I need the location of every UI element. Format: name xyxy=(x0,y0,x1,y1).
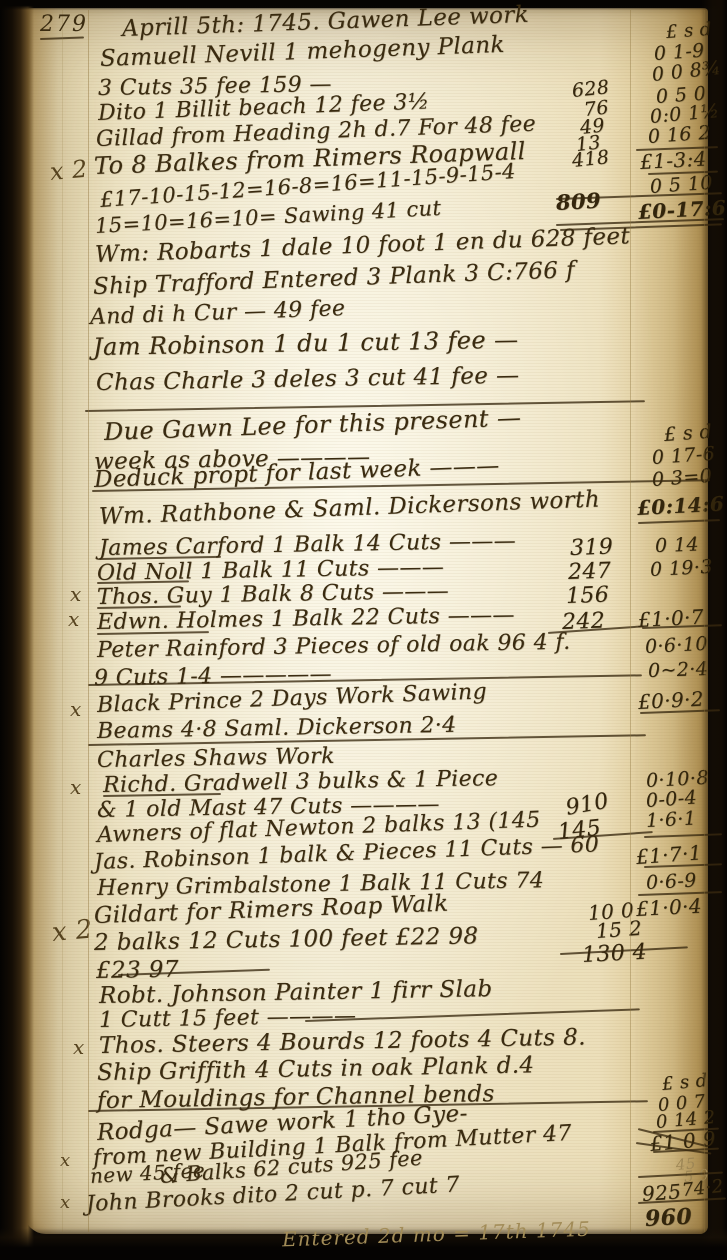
amount-value: £ s d xyxy=(665,19,712,43)
amount-value: 0·6·10 xyxy=(644,633,708,658)
amount-value: 0 16 2 xyxy=(647,122,711,148)
column-rule-line xyxy=(88,10,89,1232)
margin-check-mark: x xyxy=(70,582,82,606)
amount-value: 0~2·4 xyxy=(648,658,709,682)
column-rule-line xyxy=(630,10,631,1232)
tally-figure: 130 4 xyxy=(581,940,647,968)
margin-check-mark: x xyxy=(70,697,82,721)
margin-check-mark: x xyxy=(70,775,82,799)
ledger-entry-text: £23 97 xyxy=(96,957,179,984)
tally-figure: 156 xyxy=(566,582,610,608)
page-number: 279 xyxy=(40,12,88,37)
amount-value: £1-3:4 xyxy=(639,147,707,174)
ledger-scan: Aprill 5th: 1745. Gawen Lee workSamuell … xyxy=(0,0,727,1260)
tally-figure: 418 xyxy=(571,146,611,172)
amount-value: £0:14:6 xyxy=(636,491,724,520)
amount-value: £1·0·4 xyxy=(635,894,702,921)
margin-check-mark: x xyxy=(68,607,80,631)
margin-check-mark: x 2 xyxy=(49,155,89,186)
tally-figure: 145 xyxy=(557,816,603,845)
tally-figure: 247 xyxy=(568,558,612,584)
margin-check-mark: x xyxy=(73,1035,85,1059)
amount-value: 1·6·1 xyxy=(645,807,696,832)
tally-figure: 809 xyxy=(555,188,601,215)
amount-value: 0·6-9 xyxy=(645,869,697,894)
column-rule-line xyxy=(62,10,63,1232)
tally-figure: 319 xyxy=(570,534,614,560)
amount-value: 960 xyxy=(644,1204,692,1232)
book-binding-edge xyxy=(0,0,34,1260)
amount-value: £ s d xyxy=(663,421,713,446)
amount-value: 0 14 xyxy=(655,533,700,557)
column-rule-line xyxy=(704,10,705,1232)
